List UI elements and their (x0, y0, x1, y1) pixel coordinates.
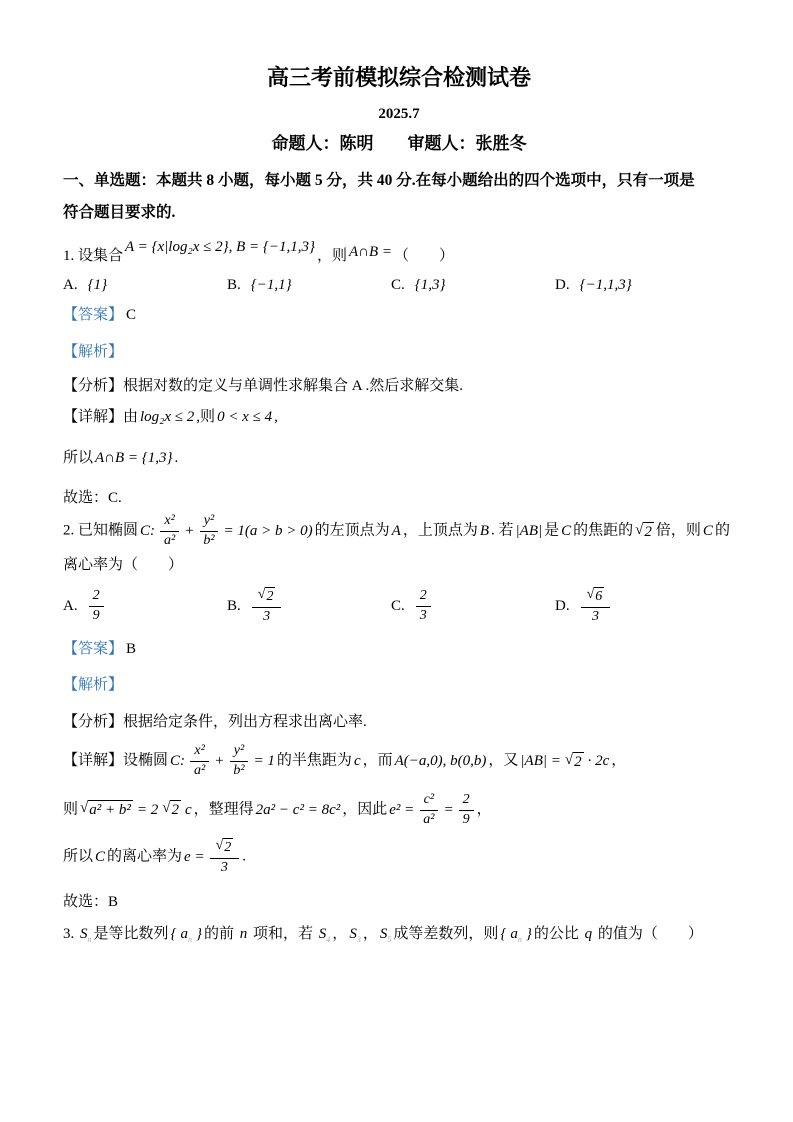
symbol-subscript: n (88, 935, 92, 944)
symbol-base: a (181, 926, 189, 942)
option-label: A. (63, 277, 86, 293)
fraction-denominator: 3 (217, 859, 232, 877)
q1-options-row: A.{1}B.{−1,1}C.{1,3}D.{−1,1,3} (63, 277, 735, 294)
q1-stem: 1. 设集合A = {x|log₂x ≤ 2}, B = {−1,1,3}，则A… (63, 237, 735, 268)
symbol-base: S (80, 926, 88, 942)
explanation-label: 【解析】 (63, 344, 123, 360)
math-run: C (559, 523, 573, 539)
radicand: 2 (265, 587, 275, 606)
q2-stem-line2: 离心率为（ ） (63, 554, 735, 577)
symbol-base: S (349, 926, 357, 942)
radical-sign: √ (635, 522, 643, 539)
text-run: 1. 设集合 (63, 248, 123, 264)
fraction-denominator: 9 (459, 811, 474, 829)
text-run: 的半焦距为 (277, 753, 352, 769)
q1-detail-line1: 【详解】由log₂x ≤ 2,则0 < x ≤ 4, (63, 406, 735, 429)
fraction-denominator: a² (419, 811, 438, 829)
option-label: B. (227, 277, 249, 293)
fraction-numerator: √2 (252, 587, 282, 608)
text-run: . 若 (491, 523, 514, 539)
math-run: log₂x ≤ 2 (138, 409, 196, 425)
fraction-numerator: 2 (89, 588, 104, 607)
q1-explanation-line: 【解析】 (63, 341, 735, 364)
fraction: y²b² (199, 513, 218, 550)
text-run: . (242, 849, 246, 865)
math-run: { (498, 926, 508, 942)
fraction-numerator: x² (190, 743, 208, 762)
fraction-numerator: 2 (416, 588, 431, 607)
text-run: 的 (715, 523, 730, 539)
symbol-subscript: 3 (357, 935, 361, 944)
math-run: A = {x|log₂x ≤ 2}, B = {−1,1,3} (123, 239, 317, 255)
answer-option: D.{−1,1,3} (555, 277, 719, 294)
fraction: 29 (89, 588, 104, 625)
symbol-subscript: n (188, 935, 192, 944)
fraction-numerator: √2 (210, 838, 240, 859)
math-run: = (441, 802, 455, 818)
math-run: = 1(a > b > 0) (222, 523, 315, 539)
radicand: 2 (573, 752, 584, 772)
text-run: ,则 (196, 409, 215, 425)
text-run: 2. 已知椭圆 (63, 523, 138, 539)
subscripted-symbol: an (508, 926, 524, 942)
symbol-subscript: 4 (326, 935, 330, 944)
text-run: ，则 (317, 248, 347, 264)
exam-date: 2025.7 (63, 105, 735, 125)
subscripted-symbol: S3 (347, 926, 363, 942)
math-run: } (194, 926, 204, 942)
text-run: 所以 (63, 450, 93, 466)
radicand: 6 (594, 587, 604, 606)
math-run: = 1 (252, 753, 277, 769)
text-run: 的左顶点为 (315, 523, 390, 539)
fraction: x²a² (190, 743, 209, 780)
radical-sign: √ (258, 587, 266, 603)
answer-option: B.{−1,1} (227, 277, 391, 294)
math-run: {−1,1} (249, 277, 294, 293)
section-header-line1: 一、单选题：本题共 8 小题，每小题 5 分，共 40 分.在每小题给出的四个选… (63, 165, 735, 197)
math-run: 2a² − c² = 8c² (254, 802, 343, 818)
radicand: 2 (170, 800, 181, 820)
q1-answer-line: 【答案】C (63, 304, 735, 327)
fraction-denominator: 3 (416, 607, 431, 625)
q2-stem-line1: 2. 已知椭圆C:x²a²+y²b²= 1(a > b > 0)的左顶点为A，上… (63, 511, 735, 552)
q2-detail-line3: 所以C的离心率为e =√23. (63, 836, 735, 878)
math-run: n (238, 926, 250, 942)
text-run: ， (611, 753, 626, 769)
fraction: 23 (416, 588, 431, 625)
fraction-numerator: y² (200, 513, 218, 532)
math-run: 0 < x ≤ 4 (215, 409, 274, 425)
fraction-numerator: c² (420, 792, 438, 811)
text-run: 【详解】设椭圆 (63, 753, 168, 769)
option-label: D. (555, 598, 578, 614)
fraction-denominator: 9 (89, 607, 104, 625)
text-run: 所以 (63, 849, 93, 865)
text-run: 离心率为（ ） (63, 557, 183, 573)
radical-sign: √ (162, 800, 170, 817)
exam-document: 高三考前模拟综合检测试卷 2025.7 命题人：陈明 审题人：张胜冬 一、单选题… (0, 0, 793, 946)
option-label: A. (63, 598, 86, 614)
math-run: c (352, 753, 363, 769)
sqrt-expression: √a² + b² (80, 800, 133, 820)
radicand: 2 (223, 838, 233, 857)
math-run: {−1,1,3} (578, 277, 634, 293)
text-run: 的前 (204, 926, 238, 942)
math-run: |AB| = (518, 753, 562, 769)
math-run: A∩B = {1,3} (93, 450, 175, 466)
math-run: · 2c (586, 753, 612, 769)
math-run: e² = (387, 802, 416, 818)
fraction: y²b² (229, 743, 248, 780)
radical-sign: √ (565, 752, 573, 769)
text-run: 的公比 (534, 926, 583, 942)
option-label: C. (391, 277, 413, 293)
math-run: A (390, 523, 403, 539)
text-run: 成等差数列，则 (393, 926, 498, 942)
math-run: C (93, 849, 107, 865)
text-run: 是 (544, 523, 559, 539)
subscripted-symbol: S5 (378, 926, 394, 942)
fraction: √23 (210, 838, 240, 876)
q1-analysis: 【分析】根据对数的定义与单调性求解集合 A .然后求解交集. (63, 375, 735, 398)
radical-sign: √ (80, 800, 88, 817)
answer-option: D.√63 (555, 585, 719, 627)
sqrt-expression: √2 (258, 587, 276, 606)
text-run: ， (332, 926, 347, 942)
text-run: ，因此 (342, 802, 387, 818)
q1-conclusion: 故选：C. (63, 487, 735, 510)
text-run: 3. (63, 926, 78, 942)
math-run: = 2 (135, 802, 160, 818)
fraction-denominator: b² (229, 762, 248, 780)
text-run: 的离心率为 (107, 849, 182, 865)
text-run: （ ） (394, 248, 454, 264)
answer-option: C.{1,3} (391, 277, 555, 294)
math-run: {1} (86, 277, 110, 293)
answer-option: C.23 (391, 586, 555, 627)
q2-detail-line1: 【详解】设椭圆C:x²a²+y²b²= 1的半焦距为c，而A(−a,0), b(… (63, 741, 735, 782)
q2-answer-line: 【答案】B (63, 638, 735, 661)
math-run: A(−a,0), b(0,b) (393, 753, 489, 769)
radicand: a² + b² (88, 800, 133, 820)
math-run: + (212, 753, 226, 769)
math-run: B (478, 523, 491, 539)
option-label: B. (227, 598, 249, 614)
text-run: ，而 (363, 753, 393, 769)
sqrt-expression: √2 (565, 752, 584, 772)
fraction-denominator: a² (160, 532, 179, 550)
sqrt-expression: √2 (162, 800, 181, 820)
math-run: { (169, 926, 179, 942)
radical-sign: √ (587, 587, 595, 603)
q2-conclusion: 故选：B (63, 891, 735, 914)
section-header-line2: 符合题目要求的. (63, 197, 735, 229)
answer-label: 【答案】 (63, 641, 123, 657)
q2-detail-line2: 则√a² + b²= 2√2c，整理得2a² − c² = 8c²，因此e² =… (63, 790, 735, 831)
fraction: x²a² (160, 513, 179, 550)
text-run: ，又 (488, 753, 518, 769)
q3-stem: 3. Sn是等比数列{an}的前 n 项和，若 S4，S3，S5成等差数列，则{… (63, 923, 735, 946)
fraction-denominator: a² (190, 762, 209, 780)
text-run: 则 (63, 802, 78, 818)
math-run: c (183, 802, 194, 818)
q2-answer-value: B (123, 641, 136, 657)
math-run: } (524, 926, 534, 942)
text-run: ，上顶点为 (403, 523, 478, 539)
q2-explanation-line: 【解析】 (63, 674, 735, 697)
fraction: √23 (252, 587, 282, 625)
math-run: C (701, 523, 715, 539)
math-run: + (182, 523, 196, 539)
fraction-numerator: x² (160, 513, 178, 532)
q2-options-row: A.29B.√23C.23D.√63 (63, 585, 735, 627)
answer-option: A.{1} (63, 277, 227, 294)
q1-detail-line2: 所以A∩B = {1,3}. (63, 447, 735, 470)
text-run: . (175, 450, 179, 466)
math-run: C: (138, 523, 157, 539)
radicand: 2 (643, 522, 654, 542)
subscripted-symbol: S4 (317, 926, 333, 942)
text-run: 的焦距的 (573, 523, 633, 539)
math-run: C: (168, 753, 187, 769)
q2-analysis: 【分析】根据给定条件，列出方程求出离心率. (63, 711, 735, 734)
sqrt-expression: √2 (216, 838, 234, 857)
fraction: √63 (581, 587, 611, 625)
q1-answer-value: C (123, 307, 136, 323)
math-run: |AB| (514, 523, 545, 539)
answer-option: B.√23 (227, 585, 391, 627)
symbol-subscript: 5 (387, 935, 391, 944)
text-run: , (274, 409, 278, 425)
answer-label: 【答案】 (63, 307, 123, 323)
subscripted-symbol: an (179, 926, 195, 942)
text-run: ， (477, 802, 492, 818)
fraction-numerator: 2 (459, 792, 474, 811)
math-run: e = (182, 849, 207, 865)
math-run: A∩B = (347, 244, 394, 260)
fraction-numerator: y² (230, 743, 248, 762)
explanation-label: 【解析】 (63, 677, 123, 693)
fraction-numerator: √6 (581, 587, 611, 608)
fraction: c²a² (419, 792, 438, 829)
text-run: 是等比数列 (94, 926, 169, 942)
sqrt-expression: √2 (635, 522, 654, 542)
math-run: {1,3} (413, 277, 448, 293)
radical-sign: √ (216, 838, 224, 854)
text-run: 【详解】由 (63, 409, 138, 425)
text-run: 项和，若 (249, 926, 317, 942)
option-label: D. (555, 277, 578, 293)
fraction-denominator: b² (199, 532, 218, 550)
fraction-denominator: 3 (259, 608, 274, 626)
text-run: ，整理得 (194, 802, 254, 818)
option-label: C. (391, 598, 413, 614)
fraction-denominator: 3 (588, 608, 603, 626)
subscripted-symbol: Sn (78, 926, 94, 942)
symbol-subscript: n (518, 935, 522, 944)
sqrt-expression: √6 (587, 587, 605, 606)
answer-option: A.29 (63, 586, 227, 627)
symbol-base: a (510, 926, 518, 942)
math-run: q (583, 926, 595, 942)
text-run: ， (363, 926, 378, 942)
fraction: 29 (459, 792, 474, 829)
text-run: 的值为（ ） (594, 926, 703, 942)
exam-title: 高三考前模拟综合检测试卷 (63, 64, 735, 93)
text-run: 倍，则 (656, 523, 701, 539)
exam-authors: 命题人：陈明 审题人：张胜冬 (63, 133, 735, 155)
